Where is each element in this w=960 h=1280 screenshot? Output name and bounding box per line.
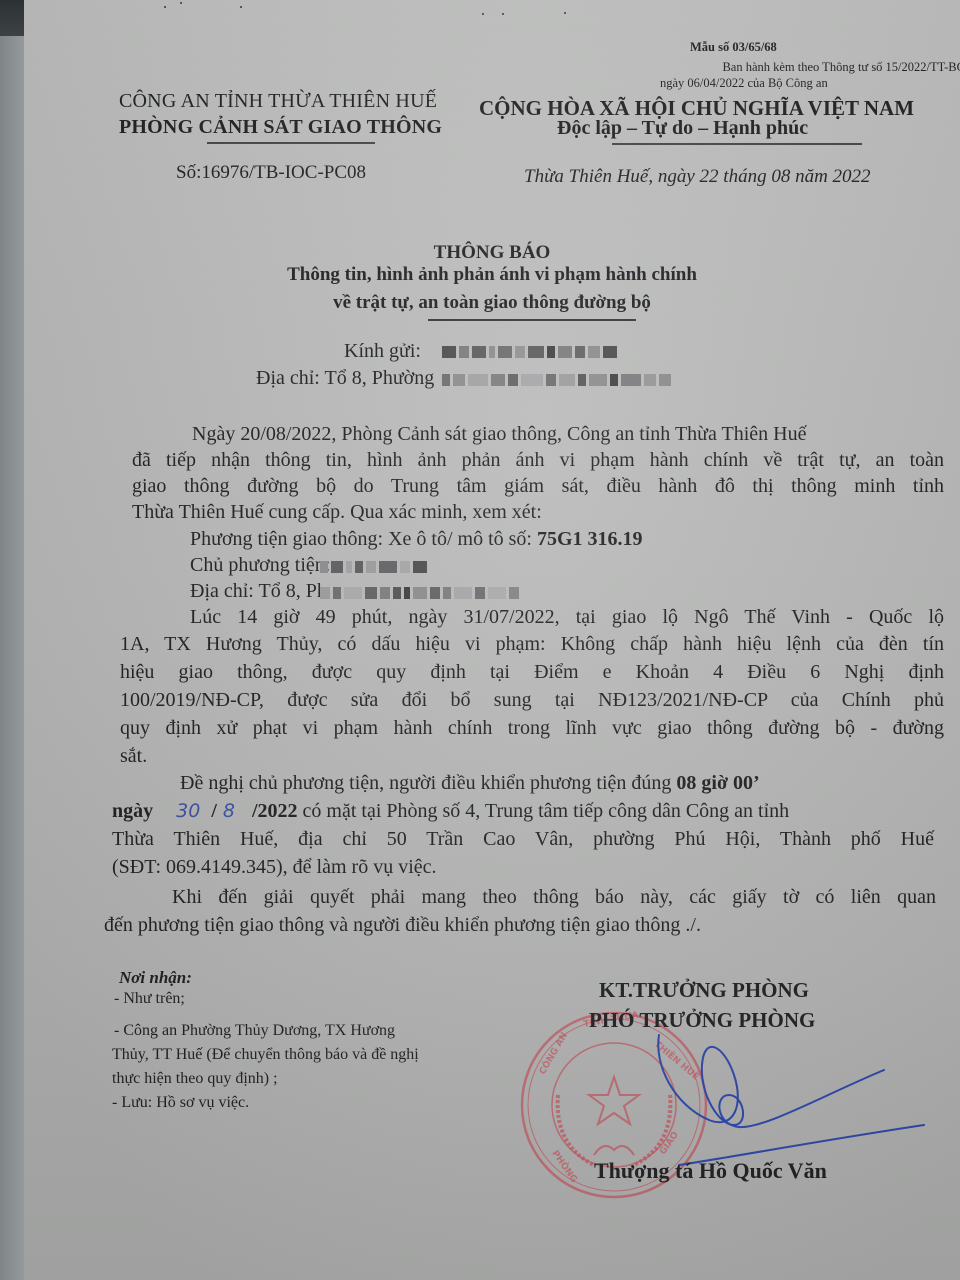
- owner-address-redacted: [320, 587, 519, 599]
- paper-speck: [482, 13, 484, 15]
- request-line-2: ngày 30 /8 /2022 có mặt tại Phòng số 4, …: [112, 800, 789, 823]
- violation-line-3: hiệu giao thông, được quy định tại Điểm …: [120, 661, 944, 684]
- paper-speck: [240, 6, 242, 8]
- intro-line-1: Ngày 20/08/2022, Phòng Cảnh sát giao thô…: [192, 423, 807, 446]
- recipient-item: Thủy, TT Huế (Để chuyển thông báo và đề …: [112, 1046, 419, 1064]
- intro-line-4: Thừa Thiên Huế cung cấp. Qua xác minh, x…: [132, 501, 542, 524]
- request-location: có mặt tại Phòng số 4, Trung tâm tiếp cô…: [298, 800, 790, 822]
- closing-line-2: đến phương tiện giao thông và người điều…: [104, 914, 701, 937]
- recipients-title: Nơi nhận:: [119, 968, 192, 988]
- intro-line-3: giao thông đường bộ do Trung tâm giám sá…: [132, 475, 944, 498]
- owner-name-redacted: [320, 561, 427, 573]
- form-issued-with: Ban hành kèm theo Thông tư số 15/2022/TT…: [584, 60, 960, 75]
- addressee-address-label: Địa chỉ: Tổ 8, Phường: [256, 367, 434, 390]
- addressee-label: Kính gửi:: [344, 340, 421, 363]
- request-day-label: ngày: [112, 800, 153, 822]
- paper-speck: [180, 2, 182, 4]
- request-line-4: (SĐT: 069.4149.345), để làm rõ vụ việc.: [112, 856, 437, 879]
- request-line-3: Thừa Thiên Huế, địa chỉ 50 Trần Cao Vân,…: [112, 828, 934, 851]
- title-underline: [428, 319, 636, 321]
- signer-name: Thượng tá Hồ Quốc Văn: [594, 1158, 827, 1184]
- violation-line-5: quy định xử phạt vi phạm hành chính tron…: [120, 717, 944, 740]
- closing-line-1: Khi đến giải quyết phải mang theo thông …: [172, 886, 936, 909]
- intro-line-2: đã tiếp nhận thông tin, hình ảnh phản án…: [132, 449, 944, 472]
- document-subtitle-line2: về trật tự, an toàn giao thông đường bộ: [24, 292, 960, 314]
- owner-address-label: Địa chỉ: Tổ 8, Ph: [190, 580, 327, 603]
- handwritten-month: 8: [223, 800, 235, 822]
- recipient-item: - Lưu: Hồ sơ vụ việc.: [112, 1094, 249, 1112]
- paper-speck: [564, 12, 566, 14]
- vehicle-plate: 75G1 316.19: [537, 528, 643, 550]
- motto-underline: [612, 143, 862, 145]
- document-page: Mẫu số 03/65/68 Ban hành kèm theo Thông …: [24, 0, 960, 1280]
- violation-line-4: 100/2019/NĐ-CP, được sửa đổi bổ sung tại…: [120, 689, 944, 712]
- owner-label: Chủ phương tiện:: [190, 554, 330, 577]
- issuing-department: PHÒNG CẢNH SÁT GIAO THÔNG: [119, 116, 442, 139]
- issuing-agency: CÔNG AN TỈNH THỪA THIÊN HUẾ: [119, 90, 437, 113]
- handwritten-day: 30: [176, 800, 200, 822]
- department-underline: [207, 142, 375, 144]
- paper-speck: [502, 13, 504, 15]
- addressee-name-redacted: [442, 346, 617, 358]
- form-number: Mẫu số 03/65/68: [690, 40, 777, 55]
- place-and-date: Thừa Thiên Huế, ngày 22 tháng 08 năm 202…: [524, 166, 871, 188]
- form-issued-date: ngày 06/04/2022 của Bộ Công an: [660, 76, 828, 91]
- document-number: Số:16976/TB-IOC-PC08: [176, 162, 366, 184]
- recipient-item: thực hiện theo quy định) ;: [112, 1070, 278, 1088]
- recipient-item: - Như trên;: [114, 990, 185, 1008]
- document-title: THÔNG BÁO: [24, 242, 960, 264]
- request-year: /2022: [252, 800, 298, 822]
- vehicle-label: Phương tiện giao thông: Xe ô tô/ mô tô s…: [190, 528, 537, 550]
- document-subtitle-line1: Thông tin, hình ảnh phản ánh vi phạm hàn…: [24, 264, 960, 286]
- recipient-item: - Công an Phường Thủy Dương, TX Hương: [114, 1022, 395, 1040]
- signature-authority: KT.TRƯỞNG PHÒNG: [599, 978, 809, 1003]
- request-line-1: Đề nghị chủ phương tiện, người điều khiể…: [180, 772, 760, 795]
- violation-line-2: 1A, TX Hương Thủy, có dấu hiệu vi phạm: …: [120, 633, 944, 656]
- violation-line-1: Lúc 14 giờ 49 phút, ngày 31/07/2022, tại…: [190, 606, 944, 629]
- national-motto: Độc lập – Tự do – Hạnh phúc: [557, 117, 808, 140]
- paper-speck: [164, 6, 166, 8]
- request-text: Đề nghị chủ phương tiện, người điều khiể…: [180, 772, 676, 794]
- addressee-address-redacted: [442, 374, 671, 386]
- request-time: 08 giờ 00’: [676, 772, 759, 794]
- vehicle-line: Phương tiện giao thông: Xe ô tô/ mô tô s…: [190, 528, 643, 551]
- violation-line-6: sắt.: [120, 745, 147, 768]
